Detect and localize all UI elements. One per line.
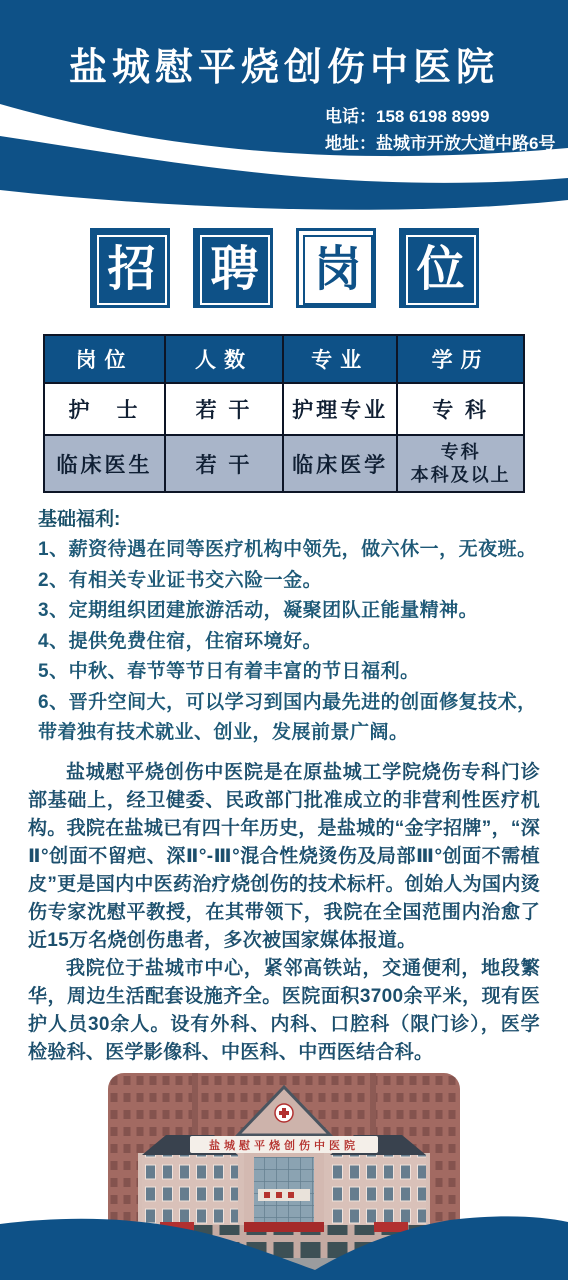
table-cell: 若 干 bbox=[165, 435, 283, 492]
table-header-row: 岗位 人数 专业 学历 bbox=[44, 335, 524, 383]
benefits-heading: 基础福利: bbox=[38, 505, 538, 535]
table-cell: 专科 本科及以上 bbox=[397, 435, 524, 492]
recruit-box-3: 岗 bbox=[296, 228, 376, 308]
table-cell: 护理专业 bbox=[283, 383, 397, 435]
table-cell: 临床医学 bbox=[283, 435, 397, 492]
recruit-box-4: 位 bbox=[399, 228, 479, 308]
address-value: 盐城市开放大道中路6号 bbox=[376, 134, 555, 153]
recruit-box-2: 聘 bbox=[193, 228, 273, 308]
phone-label: 电话： bbox=[325, 107, 376, 126]
table-row-doctor: 临床医生 若 干 临床医学 专科 本科及以上 bbox=[44, 435, 524, 492]
recruit-char-3: 岗 bbox=[303, 235, 373, 305]
benefit-item-1: 1、薪资待遇在同等医疗机构中领先，做六休一，无夜班。 bbox=[38, 535, 538, 566]
recruit-char-4: 位 bbox=[406, 235, 476, 305]
table-header-position: 岗位 bbox=[44, 335, 165, 383]
positions-table: 岗位 人数 专业 学历 护 士 若 干 护理专业 专 科 临床医生 若 干 临床… bbox=[43, 334, 525, 493]
poster-root: 盐城慰平烧创伤中医院 电话：158 6198 8999 地址：盐城市开放大道中路… bbox=[0, 0, 568, 1280]
phone-number: 158 6198 8999 bbox=[376, 107, 489, 126]
contact-address: 地址：盐城市开放大道中路6号 bbox=[325, 130, 555, 157]
intro-section: 盐城慰平烧创伤中医院是在原盐城工学院烧伤专科门诊部基础上，经卫健委、民政部门批准… bbox=[0, 749, 568, 1067]
table-header-major: 专业 bbox=[283, 335, 397, 383]
benefit-item-4: 4、提供免费住宿，住宿环境好。 bbox=[38, 627, 538, 658]
table-header-education: 学历 bbox=[397, 335, 524, 383]
table-cell: 专 科 bbox=[397, 383, 524, 435]
benefit-item-3: 3、定期组织团建旅游活动，凝聚团队正能量精神。 bbox=[38, 596, 538, 627]
table-header-count: 人数 bbox=[165, 335, 283, 383]
bottom-wave-graphic bbox=[0, 1210, 568, 1280]
benefits-section: 基础福利: 1、薪资待遇在同等医疗机构中领先，做六休一，无夜班。 2、有相关专业… bbox=[0, 493, 568, 749]
hospital-title: 盐城慰平烧创伤中医院 bbox=[0, 36, 568, 91]
contact-phone: 电话：158 6198 8999 bbox=[325, 103, 555, 130]
recruit-char-1: 招 bbox=[97, 235, 167, 305]
table-cell: 临床医生 bbox=[44, 435, 165, 492]
contact-info: 电话：158 6198 8999 地址：盐城市开放大道中路6号 bbox=[325, 103, 555, 157]
intro-paragraph-2: 我院位于盐城市中心，紧邻高铁站，交通便利，地段繁华，周边生活配套设施齐全。医院面… bbox=[28, 955, 540, 1067]
header-banner: 盐城慰平烧创伤中医院 电话：158 6198 8999 地址：盐城市开放大道中路… bbox=[0, 0, 568, 218]
address-label: 地址： bbox=[325, 134, 376, 153]
table-cell: 若 干 bbox=[165, 383, 283, 435]
recruit-char-2: 聘 bbox=[200, 235, 270, 305]
benefit-item-5: 5、中秋、春节等节日有着丰富的节日福利。 bbox=[38, 657, 538, 688]
benefit-item-2: 2、有相关专业证书交六险一金。 bbox=[38, 566, 538, 597]
table-cell: 护 士 bbox=[44, 383, 165, 435]
table-row-nurse: 护 士 若 干 护理专业 专 科 bbox=[44, 383, 524, 435]
benefit-item-6: 6、晋升空间大，可以学习到国内最先进的创面修复技术，带着独有技术就业、创业，发展… bbox=[38, 688, 538, 749]
intro-paragraph-1: 盐城慰平烧创伤中医院是在原盐城工学院烧伤专科门诊部基础上，经卫健委、民政部门批准… bbox=[28, 759, 540, 955]
recruit-box-1: 招 bbox=[90, 228, 170, 308]
building-sign-text: 盐城慰平烧创伤中医院 bbox=[209, 1138, 359, 1152]
recruit-title: 招 聘 岗 位 bbox=[0, 228, 568, 308]
